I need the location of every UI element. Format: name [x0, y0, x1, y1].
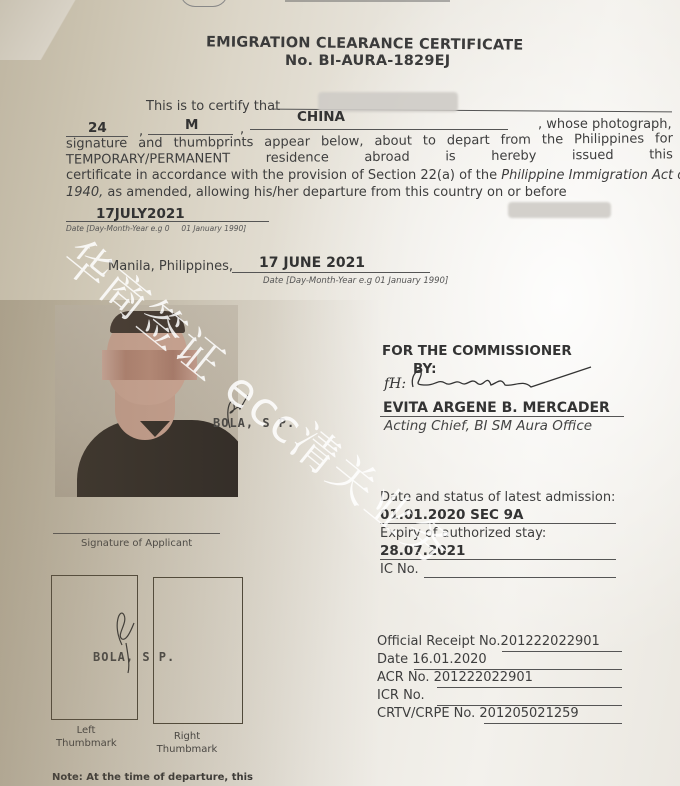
applicant-signature-label: Signature of Applicant [81, 538, 192, 549]
applicant-signature-line [53, 533, 220, 534]
left-thumbmark-label: Left Thumbmark [56, 724, 116, 750]
body-word: to [423, 133, 436, 148]
commissioner-name: EVITA ARGENE B. MERCADER [383, 400, 610, 416]
depart-before-date: 17JULY2021 [96, 206, 185, 222]
expiry-label: Expiry of authorized stay: [380, 526, 546, 541]
acr-value: 201222022901 [434, 670, 533, 685]
acr-label: ACR No. [377, 670, 430, 685]
redacted-eyes [102, 350, 197, 380]
ic-underline [424, 577, 616, 578]
certificate-paper: EMIGRATION CLEARANCE CERTIFICATE No. BI-… [0, 0, 680, 786]
body-word: is [445, 149, 456, 164]
body-word: TEMPORARY/PERMANENT [66, 151, 230, 167]
certificate-title: EMIGRATION CLEARANCE CERTIFICATE [206, 34, 524, 53]
note-text: Note: At the time of departure, this [52, 772, 253, 783]
initials: fH: [384, 376, 406, 392]
certificate-number: No. BI-AURA-1829EJ [285, 53, 450, 69]
body-word: below, [321, 134, 364, 149]
thumb-initial-signature [108, 605, 148, 675]
acr-row: ACR No. 201222022901 [377, 670, 533, 685]
right-label-line-1: Right [155, 730, 219, 743]
commissioner-name-underline [380, 416, 624, 417]
commissioner-position: Acting Chief, BI SM Aura Office [384, 418, 592, 434]
body-word: about [374, 134, 412, 149]
issue-date-underline [232, 272, 430, 273]
applicant-initial-signature [218, 393, 258, 438]
body-line-5-text: as amended, allowing his/her departure f… [103, 185, 566, 200]
nationality-underline [250, 129, 508, 130]
admission-value: 01.01.2020 SEC 9A [380, 507, 524, 523]
admission-underline [380, 523, 616, 524]
crtv-row: CRTV/CRPE No. 201205021259 [377, 706, 579, 721]
applicant-photo [55, 305, 238, 497]
crtv-value: 201205021259 [479, 706, 578, 721]
receipt-date-label: Date [377, 652, 408, 667]
official-receipt-value: 201222022901 [501, 634, 600, 649]
right-label-line-2: Thumbmark [155, 743, 219, 756]
body-word: thumbprints [173, 135, 253, 151]
paper-edge-shadow [0, 0, 90, 60]
date-format-hint: Date [Day-Month-Year e.g 0 01 January 19… [66, 224, 246, 233]
redacted-field [508, 202, 611, 218]
body-word: the [542, 132, 563, 147]
expiry-value: 28.07.2021 [380, 543, 465, 559]
icr-label: ICR No. [377, 688, 425, 703]
issue-place: Manila, Philippines, [108, 259, 233, 274]
ic-label: IC No. [380, 562, 419, 577]
for-commissioner-label: FOR THE COMMISSIONER [382, 343, 572, 359]
body-word: signature [66, 136, 127, 152]
body-word: from [501, 133, 531, 148]
body-word: appear [264, 135, 310, 150]
left-label-line-2: Thumbmark [56, 737, 116, 750]
or-underline [502, 651, 622, 652]
header-text-fragment [285, 0, 450, 2]
left-label-line-1: Left [56, 724, 116, 737]
certify-intro: This is to certify that [146, 99, 280, 114]
expiry-underline [380, 559, 616, 560]
depart-date-underline [66, 221, 269, 222]
act-name: Philippine Immigration Act of [501, 168, 680, 183]
official-receipt-label: Official Receipt No. [377, 634, 501, 649]
body-line-4-text: certificate in accordance with the provi… [66, 168, 501, 183]
act-year: 1940, [66, 185, 103, 200]
seal-icon [180, 0, 228, 7]
receipt-date-value: 16.01.2020 [412, 652, 486, 667]
body-line-5: 1940, as amended, allowing his/her depar… [66, 185, 567, 200]
body-word: Philippines [574, 132, 644, 148]
body-word: issued [572, 148, 614, 163]
body-word: depart [447, 133, 490, 148]
icr-row: ICR No. [377, 688, 425, 703]
crtv-label: CRTV/CRPE No. [377, 706, 475, 721]
body-word: abroad [364, 150, 410, 165]
body-word: this [649, 147, 673, 162]
crtv-underline [484, 723, 622, 724]
sex-value: M [185, 117, 198, 133]
date-format-hint-2: Date [Day-Month-Year e.g 01 January 1990… [263, 276, 448, 286]
body-word: residence [266, 150, 329, 166]
whose-photo-text: , whose photograph, [538, 117, 672, 132]
body-word: and [138, 136, 163, 151]
right-thumbmark-label: Right Thumbmark [155, 730, 219, 756]
body-word: for [655, 131, 673, 146]
receipt-row: Official Receipt No.201222022901 [377, 634, 600, 649]
date-row: Date 16.01.2020 [377, 652, 487, 667]
acr-underline [437, 687, 622, 688]
body-line-4: certificate in accordance with the provi… [66, 168, 680, 183]
age-value: 24 [88, 120, 107, 136]
commissioner-signature [405, 363, 595, 398]
issue-date: 17 JUNE 2021 [259, 255, 365, 271]
body-word: hereby [491, 149, 536, 164]
admission-label: Date and status of latest admission: [380, 490, 615, 505]
nationality-value: CHINA [297, 109, 345, 125]
